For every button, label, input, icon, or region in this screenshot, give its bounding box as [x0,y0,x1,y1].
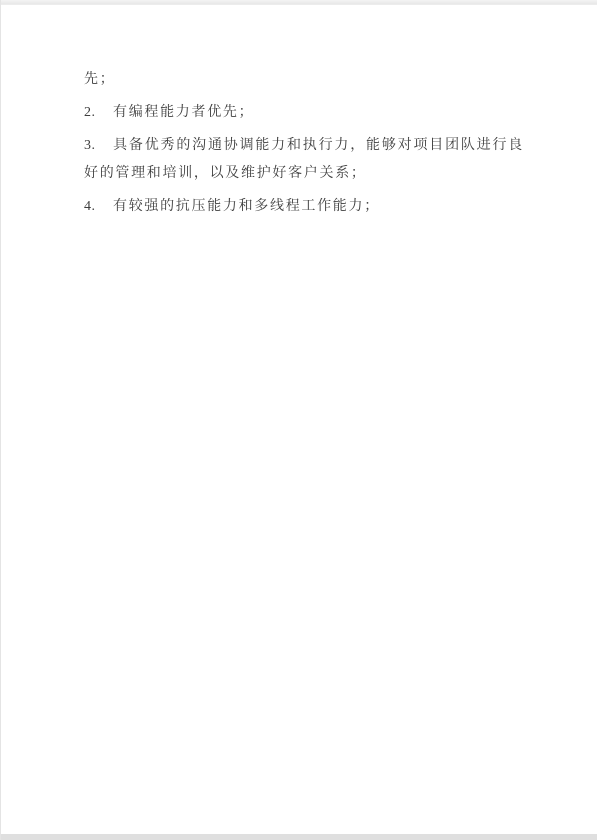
document-page: 先； 2.有编程能力者优先； 3.具备优秀的沟通协调能力和执行力，能够对项目团队… [0,0,597,840]
continuation-text: 先； [84,72,115,87]
continuation-line: 先； [84,66,524,94]
list-item: 3.具备优秀的沟通协调能力和执行力，能够对项目团队进行良好的管理和培训，以及维护… [84,132,524,188]
item-text: 有较强的抗压能力和多线程工作能力； [113,199,380,214]
list-item: 2.有编程能力者优先； [84,99,524,127]
document-body: 先； 2.有编程能力者优先； 3.具备优秀的沟通协调能力和执行力，能够对项目团队… [84,66,524,226]
item-number: 4. [84,193,113,221]
list-item: 4.有较强的抗压能力和多线程工作能力； [84,193,524,221]
item-text: 具备优秀的沟通协调能力和执行力，能够对项目团队进行良好的管理和培训，以及维护好客… [84,138,524,181]
page-edge-top [1,0,597,5]
item-number: 2. [84,99,113,127]
item-text: 有编程能力者优先； [113,105,254,120]
page-edge-bottom [1,834,597,840]
item-number: 3. [84,132,113,160]
